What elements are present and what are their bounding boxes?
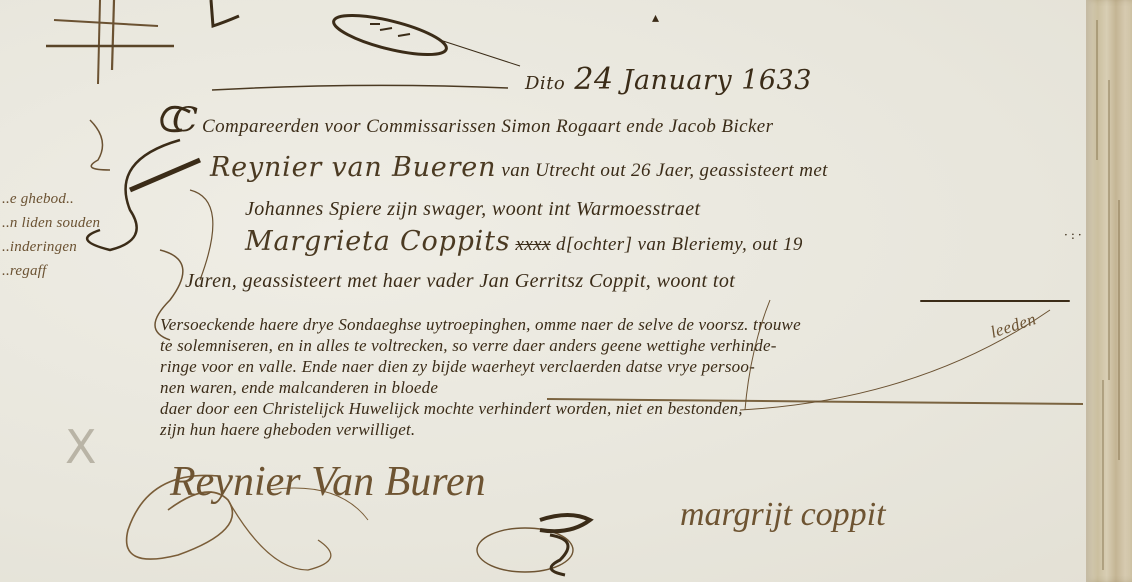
- ink-dots: ·:·: [1064, 228, 1085, 242]
- date-year: 1633: [741, 65, 812, 96]
- entry-line-1: Compareerden voor Commissarissen Simon R…: [202, 116, 773, 138]
- bride-name: Margrieta Coppits: [245, 226, 510, 257]
- date-prefix: Dito: [525, 73, 565, 94]
- entry-line-5: Jaren, geassisteert met haer vader Jan G…: [185, 270, 735, 293]
- entry-line-3: Johannes Spiere zijn swager, woont int W…: [245, 198, 700, 221]
- groom-signature: Reynier Van Buren: [170, 458, 486, 506]
- top-rule: [210, 82, 510, 92]
- formula-line: ringe voor en valle. Ende naer dien zy b…: [160, 356, 801, 377]
- formula-line: te solemniseren, en in alles te voltreck…: [160, 335, 801, 356]
- entry-initial: C: [172, 100, 199, 140]
- formula-line: zijn hun haere gheboden verwilliget.: [160, 419, 801, 440]
- notary-paraph-icon: [470, 490, 600, 582]
- formula-line: nen waren, ende malcanderen in bloede: [160, 377, 801, 398]
- date-line: Dito 24 January 1633: [525, 62, 812, 97]
- bride-signature: margrijt coppit: [680, 496, 886, 534]
- oval-ink-mark: [330, 10, 530, 65]
- bleedthrough-mark: X: [65, 420, 97, 474]
- formula-line: Versoeckende haere drye Sondaeghse uytro…: [160, 314, 801, 335]
- manuscript-page: ▴ Dito 24 January 1633 ..e ghebod.. ..n …: [0, 0, 1132, 582]
- ink-speck: ▴: [652, 10, 659, 26]
- entry-line-2: Reynier van Bueren van Utrecht out 26 Ja…: [210, 152, 828, 183]
- letter-l-mark: [205, 0, 245, 32]
- diagonal-pen-stroke: [720, 300, 1050, 410]
- entry-line-4: Margrieta Coppits xxxx d[ochter] van Ble…: [245, 226, 803, 257]
- binding-gutter: [1086, 0, 1132, 582]
- hash-mark-icon: [40, 0, 180, 90]
- groom-name: Reynier van Bueren: [210, 152, 496, 183]
- date-month: January: [623, 65, 732, 96]
- date-day: 24: [574, 62, 613, 97]
- formula-text: Versoeckende haere drye Sondaeghse uytro…: [160, 314, 801, 440]
